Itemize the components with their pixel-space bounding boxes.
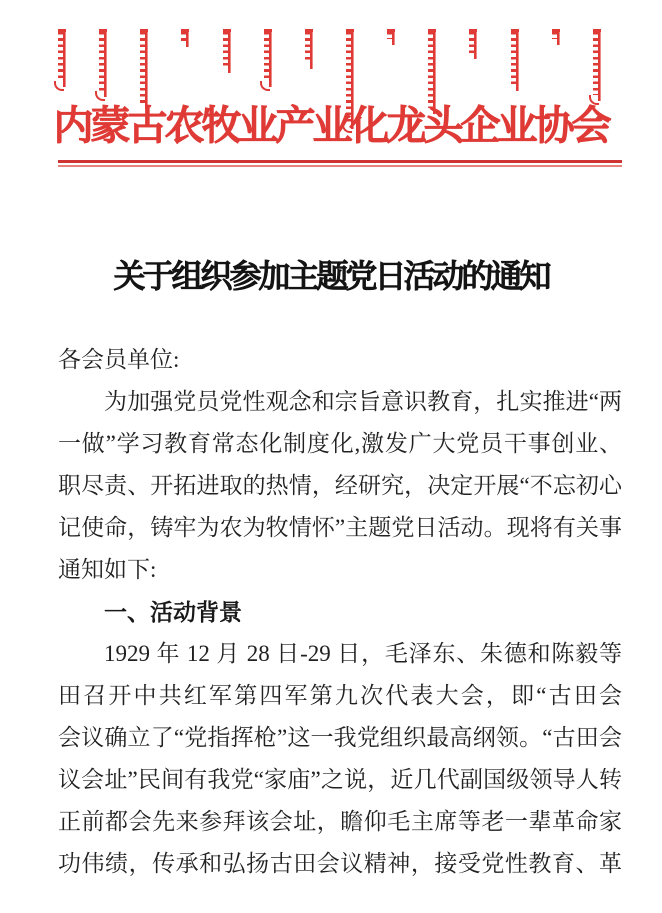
body-line: 一做”学习教育常态化制度化,激发广大党员干事创业、履	[58, 423, 622, 465]
mongolian-word-mark	[552, 29, 562, 45]
letterhead-org-name: 内蒙古农牧业产业化龙头企业协会	[0, 94, 662, 151]
body-line: 议会址”民间有我党“家庙”之说，近几代副国级领导人转	[58, 759, 622, 801]
body-line: 会议确立了“党指挥枪”这一我党组织最高纲领。“古田会	[58, 717, 622, 759]
body-line: 正前都会先来参拜该会址，瞻仰毛主席等老一辈革命家的丰	[58, 801, 622, 843]
body-line: 通知如下:	[58, 549, 622, 591]
mongolian-word-mark	[305, 29, 315, 69]
mongolian-word-mark	[264, 29, 274, 87]
document-page: 内蒙古农牧业产业化龙头企业协会 关于组织参加主题党日活动的通知 各会员单位:为加…	[0, 0, 662, 913]
body-line: 功伟绩，传承和弘扬古田会议精神，接受党性教育、革命传	[58, 843, 622, 885]
document-body: 各会员单位:为加强党员党性观念和宗旨意识教育，扎实推进“两学一做”学习教育常态化…	[58, 339, 622, 885]
mongolian-word-mark	[181, 29, 191, 47]
mongolian-word-mark	[511, 29, 521, 91]
mongolian-word-mark	[469, 29, 479, 59]
letterhead-divider	[58, 160, 622, 167]
body-line: 职尽责、开拓进取的热情，经研究，决定开展“不忘初心牢	[58, 465, 622, 507]
divider-line-bottom	[58, 165, 622, 167]
mongolian-word-mark	[58, 29, 68, 87]
mongolian-word-mark	[593, 29, 603, 101]
body-line: 1929 年 12 月 28 日-29 日，毛泽东、朱德和陈毅等在古	[58, 633, 622, 675]
document-title: 关于组织参加主题党日活动的通知	[0, 251, 662, 297]
mongolian-word-mark	[223, 29, 233, 73]
section-heading: 一、活动背景	[58, 591, 622, 633]
body-line: 各会员单位:	[58, 339, 622, 381]
body-line: 田召开中共红军第四军第九次代表大会，即“古田会议”，	[58, 675, 622, 717]
body-line: 记使命，铸牢为农为牧情怀”主题党日活动。现将有关事宜	[58, 507, 622, 549]
mongolian-word-mark	[99, 29, 109, 97]
mongolian-word-mark	[387, 29, 397, 45]
body-line: 为加强党员党性观念和宗旨意识教育，扎实推进“两学	[58, 381, 622, 423]
